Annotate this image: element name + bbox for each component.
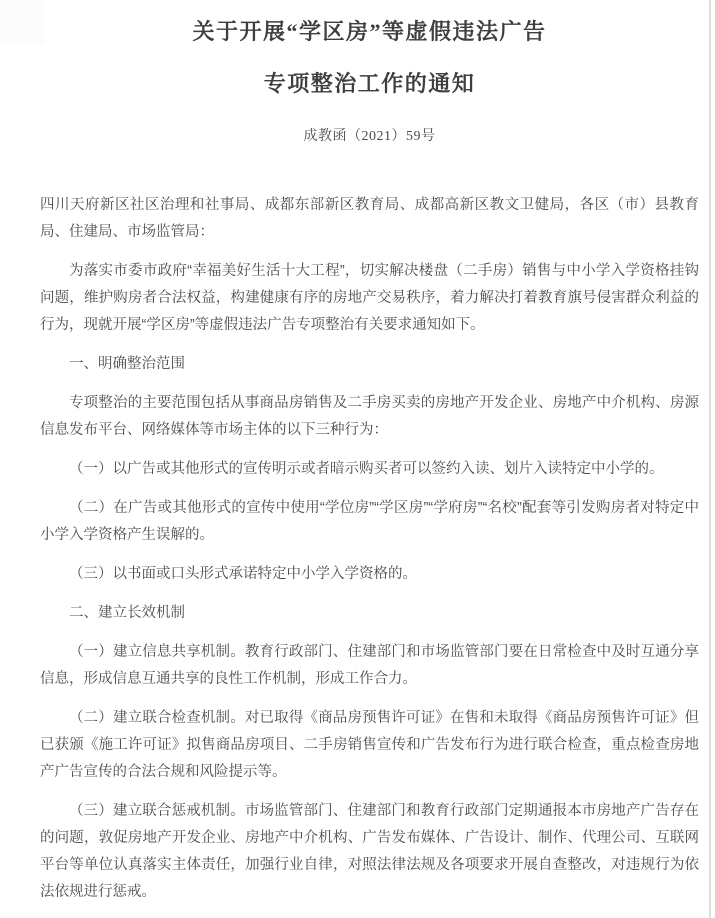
body-paragraph: 为落实市委市政府“幸福美好生活十大工程”，切实解决楼盘（二手房）销售与中小学入学…: [40, 258, 699, 339]
document-title: 关于开展“学区房”等虚假违法广告 专项整治工作的通知: [40, 17, 699, 99]
document-page: 关于开展“学区房”等虚假违法广告 专项整治工作的通知 成教函（2021）59号 …: [0, 0, 715, 918]
document-title-line1: 关于开展“学区房”等虚假违法广告: [40, 17, 699, 47]
list-item-paragraph: （三）以书面或口头形式承诺特定中小学入学资格的。: [40, 561, 699, 588]
notice-document: 关于开展“学区房”等虚假违法广告 专项整治工作的通知 成教函（2021）59号 …: [0, 0, 715, 906]
list-item-paragraph: （三）建立联合惩戒机制。市场监管部门、住建部门和教育行政部门定期通报本市房地产广…: [40, 798, 699, 906]
document-number: 成教函（2021）59号: [40, 127, 699, 147]
list-item-paragraph: （一）建立信息共享机制。教育行政部门、住建部门和市场监管部门要在日常检查中及时互…: [40, 639, 699, 693]
section-heading: 二、建立长效机制: [40, 600, 699, 627]
list-item-paragraph: （一）以广告或其他形式的宣传明示或者暗示购买者可以签约入读、划片入读特定中小学的…: [40, 456, 699, 483]
list-item-paragraph: （二）建立联合检查机制。对已取得《商品房预售许可证》在售和未取得《商品房预售许可…: [40, 705, 699, 786]
body-paragraph: 专项整治的主要范围包括从事商品房销售及二手房买卖的房地产开发企业、房地产中介机构…: [40, 390, 699, 444]
salutation-paragraph: 四川天府新区社区治理和社事局、成都东部新区教育局、成都高新区教文卫健局，各区（市…: [40, 192, 699, 246]
section-heading: 一、明确整治范围: [40, 351, 699, 378]
document-title-line2: 专项整治工作的通知: [40, 69, 699, 99]
list-item-paragraph: （二）在广告或其他形式的宣传中使用“学位房”“学区房”“学府房”“名校”配套等引…: [40, 495, 699, 549]
document-body: 四川天府新区社区治理和社事局、成都东部新区教育局、成都高新区教文卫健局，各区（市…: [40, 192, 699, 906]
